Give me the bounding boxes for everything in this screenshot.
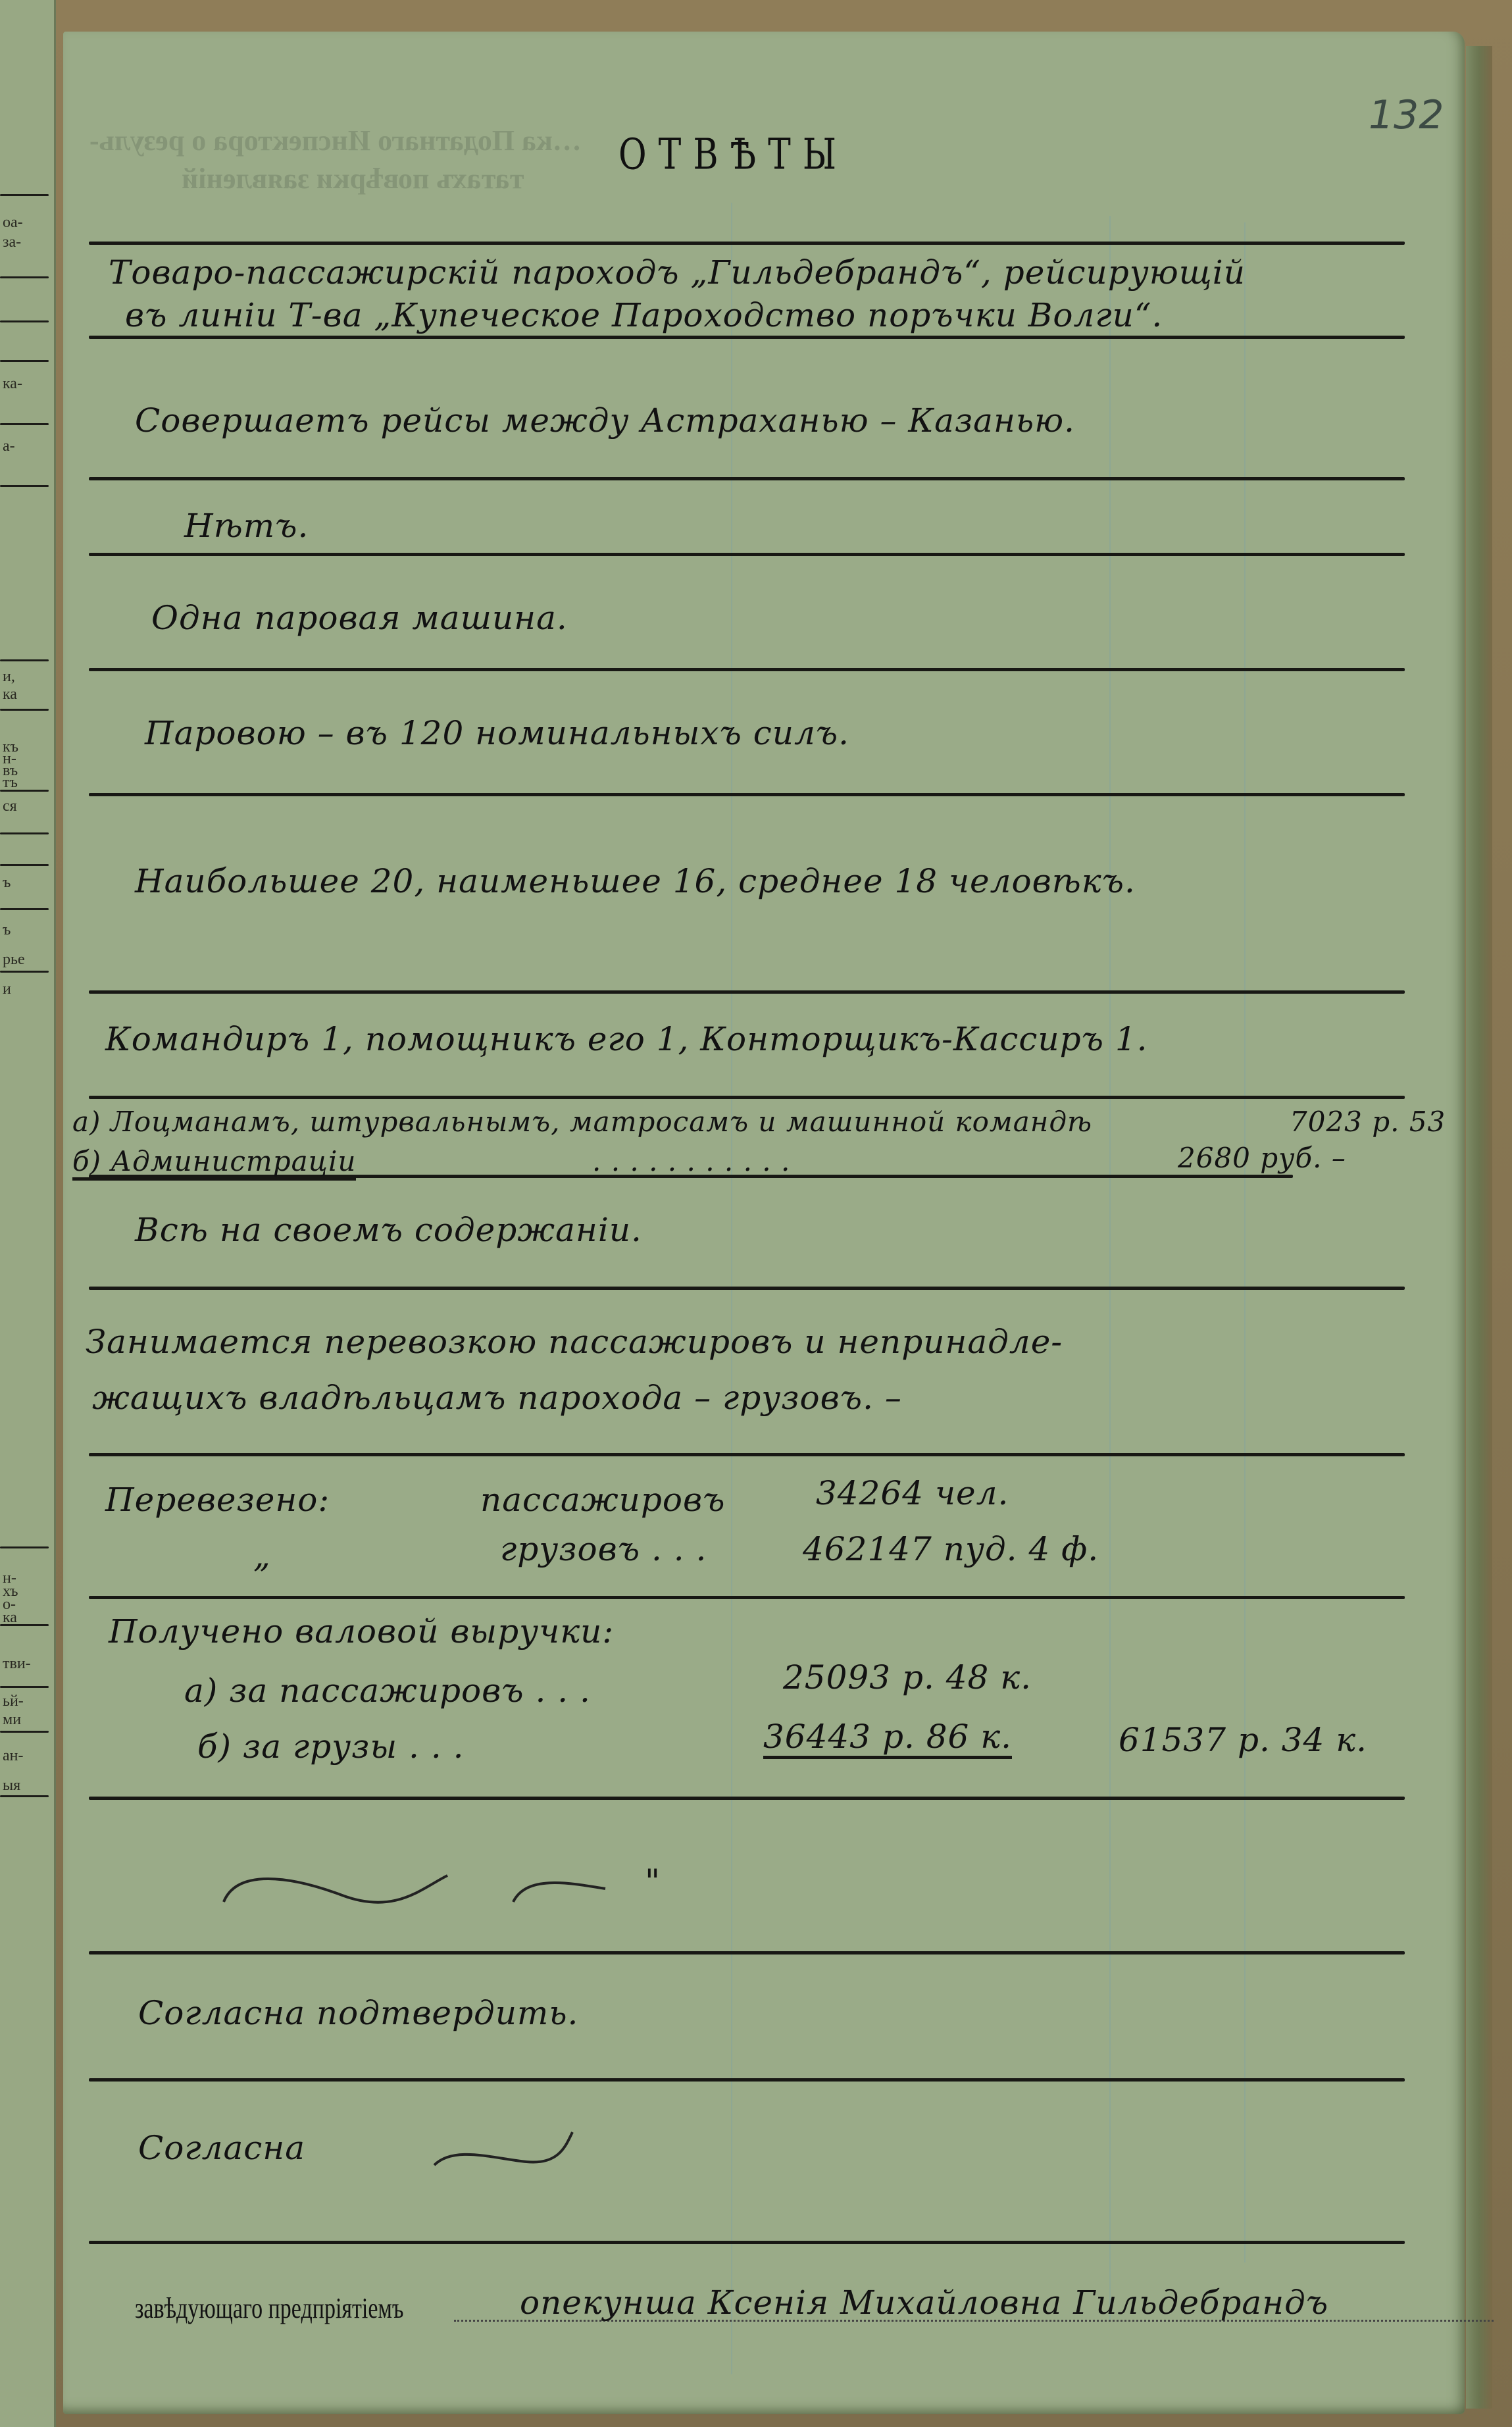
left-fragment: ъ bbox=[3, 921, 11, 938]
transported-label: Перевезено: bbox=[105, 1481, 330, 1519]
left-page-edge: оа- за- ка- а- и, ка къ н- въ тъ ся ъ ъ … bbox=[0, 0, 56, 2427]
left-fragment: ыя bbox=[3, 1777, 20, 1794]
left-rule bbox=[0, 1686, 49, 1688]
answer-engine: Одна паровая машина. bbox=[151, 599, 568, 637]
answer-route: Совершаетъ рейсы между Астраханью – Каза… bbox=[135, 401, 1075, 440]
footer-printed-label: завѣдующаго предпріятіемъ bbox=[135, 2293, 404, 2325]
rule-line bbox=[89, 2241, 1405, 2244]
left-rule bbox=[0, 864, 49, 866]
left-fragment: оа- bbox=[3, 214, 23, 231]
left-rule bbox=[0, 709, 49, 711]
answer-wages-b-leader: . . . . . . . . . . . bbox=[592, 1145, 790, 1177]
revenue-cargo-label: б) за грузы . . . bbox=[197, 1727, 465, 1766]
left-fragment: ся bbox=[3, 798, 17, 815]
left-fragment: за- bbox=[3, 234, 21, 251]
rule-line bbox=[89, 336, 1405, 339]
answer-vessel-line-1: Товаро-пассажирскій пароходъ „Гильдебран… bbox=[109, 253, 1246, 292]
rule-line bbox=[89, 1951, 1405, 1954]
left-rule bbox=[0, 320, 49, 322]
left-rule bbox=[0, 832, 49, 834]
rule-line bbox=[89, 553, 1405, 556]
answer-crew-count: Наибольшее 20, наименьшее 16, среднее 18… bbox=[135, 862, 1136, 900]
answer-wages-a-label: а) Лоцманамъ, штурвальнымъ, матросамъ и … bbox=[72, 1106, 1092, 1138]
rule-line bbox=[89, 477, 1405, 480]
left-rule bbox=[0, 1731, 49, 1733]
transported-ditto: „ bbox=[253, 1537, 271, 1575]
answer-agree-confirm: Согласна подтвердить. bbox=[138, 1994, 578, 2032]
transported-passengers-label: пассажировъ bbox=[480, 1481, 725, 1519]
signature-flourish-icon bbox=[428, 2126, 586, 2178]
page-title: ОТВѢТЫ bbox=[618, 130, 848, 180]
left-fragment: и bbox=[3, 981, 11, 998]
rule-line bbox=[89, 1287, 1405, 1290]
left-rule bbox=[0, 1624, 49, 1626]
rule-line bbox=[89, 668, 1405, 671]
left-rule bbox=[0, 908, 49, 910]
answer-wages-b-amount: 2680 руб. – bbox=[1178, 1142, 1346, 1174]
left-fragment: и, bbox=[3, 668, 15, 685]
rule-line bbox=[89, 1596, 1405, 1599]
transported-cargo-value: 462147 пуд. 4 ф. bbox=[803, 1530, 1099, 1568]
transported-cargo-label: грузовъ . . . bbox=[500, 1530, 707, 1568]
left-fragment: ъ bbox=[3, 874, 11, 891]
left-rule bbox=[0, 971, 49, 973]
ditto-flourish-icon bbox=[211, 1862, 618, 1922]
bleed-column-line bbox=[1109, 216, 1111, 2322]
left-rule bbox=[0, 1795, 49, 1797]
left-rule bbox=[0, 790, 49, 792]
page-number: 132 bbox=[1369, 92, 1444, 138]
bleed-column-line bbox=[1244, 222, 1246, 2262]
left-fragment: тви- bbox=[3, 1655, 31, 1672]
rule-line bbox=[89, 2078, 1405, 2082]
left-fragment: ьй- bbox=[3, 1693, 24, 1710]
left-fragment: рье bbox=[3, 951, 25, 968]
revenue-total: 61537 р. 34 к. bbox=[1119, 1721, 1367, 1759]
revenue-passengers-value: 25093 р. 48 к. bbox=[783, 1658, 1032, 1697]
left-fragment: ми bbox=[3, 1711, 21, 1728]
answer-upkeep: Всѣ на своемъ содержаніи. bbox=[135, 1211, 642, 1249]
answer-officers: Командиръ 1, помощникъ его 1, Конторщикъ… bbox=[105, 1020, 1148, 1058]
rule-line bbox=[89, 1453, 1405, 1456]
revenue-cargo-value: 36443 р. 86 к. bbox=[763, 1718, 1012, 1759]
rule-line bbox=[89, 1797, 1405, 1800]
left-rule bbox=[0, 423, 49, 425]
left-rule bbox=[0, 659, 49, 661]
answer-power: Паровою – въ 120 номинальныхъ силъ. bbox=[145, 714, 849, 752]
page-stack-edge bbox=[1466, 46, 1492, 2409]
left-fragment: тъ bbox=[3, 774, 18, 791]
rule-line bbox=[89, 990, 1405, 994]
answer-vessel-line-2: въ линіи Т-ва „Купеческое Пароходство по… bbox=[125, 296, 1163, 334]
left-rule bbox=[0, 194, 49, 196]
rule-line bbox=[89, 793, 1405, 796]
answer-business-line-2: жащихъ владѣльцамъ парохода – грузовъ. – bbox=[92, 1379, 902, 1417]
bleed-through-line-2: татахъ повѣрки заявленій bbox=[182, 162, 524, 195]
answer-business-line-1: Занимается перевозкою пассажировъ и непр… bbox=[86, 1323, 1063, 1361]
answer-wages-b-label: б) Администраціи bbox=[72, 1145, 356, 1181]
transported-passengers-value: 34264 чел. bbox=[816, 1474, 1009, 1512]
left-rule bbox=[0, 276, 49, 278]
bleed-through-line-1: …ка Податнаго Инспектора о резуль- bbox=[89, 124, 582, 157]
revenue-passengers-label: а) за пассажировъ . . . bbox=[184, 1672, 591, 1710]
answer-agree: Согласна bbox=[138, 2129, 305, 2167]
rule-line bbox=[89, 242, 1405, 245]
footer-signature: опекунша Ксенія Михайловна Гильдебрандъ bbox=[520, 2284, 1328, 2322]
left-fragment: ан- bbox=[3, 1747, 24, 1764]
left-rule bbox=[0, 485, 49, 487]
answer-none: Нѣтъ. bbox=[184, 507, 309, 545]
left-fragment: ка- bbox=[3, 375, 22, 392]
revenue-label: Получено валовой выручки: bbox=[109, 1612, 614, 1650]
left-rule bbox=[0, 1546, 49, 1548]
left-fragment: а- bbox=[3, 438, 15, 455]
ditto-mark: " bbox=[645, 1862, 661, 1901]
left-rule bbox=[0, 360, 49, 362]
answer-wages-a-amount: 7023 р. 53 bbox=[1290, 1106, 1446, 1138]
rule-line bbox=[89, 1096, 1405, 1099]
left-fragment: ка bbox=[3, 686, 17, 703]
